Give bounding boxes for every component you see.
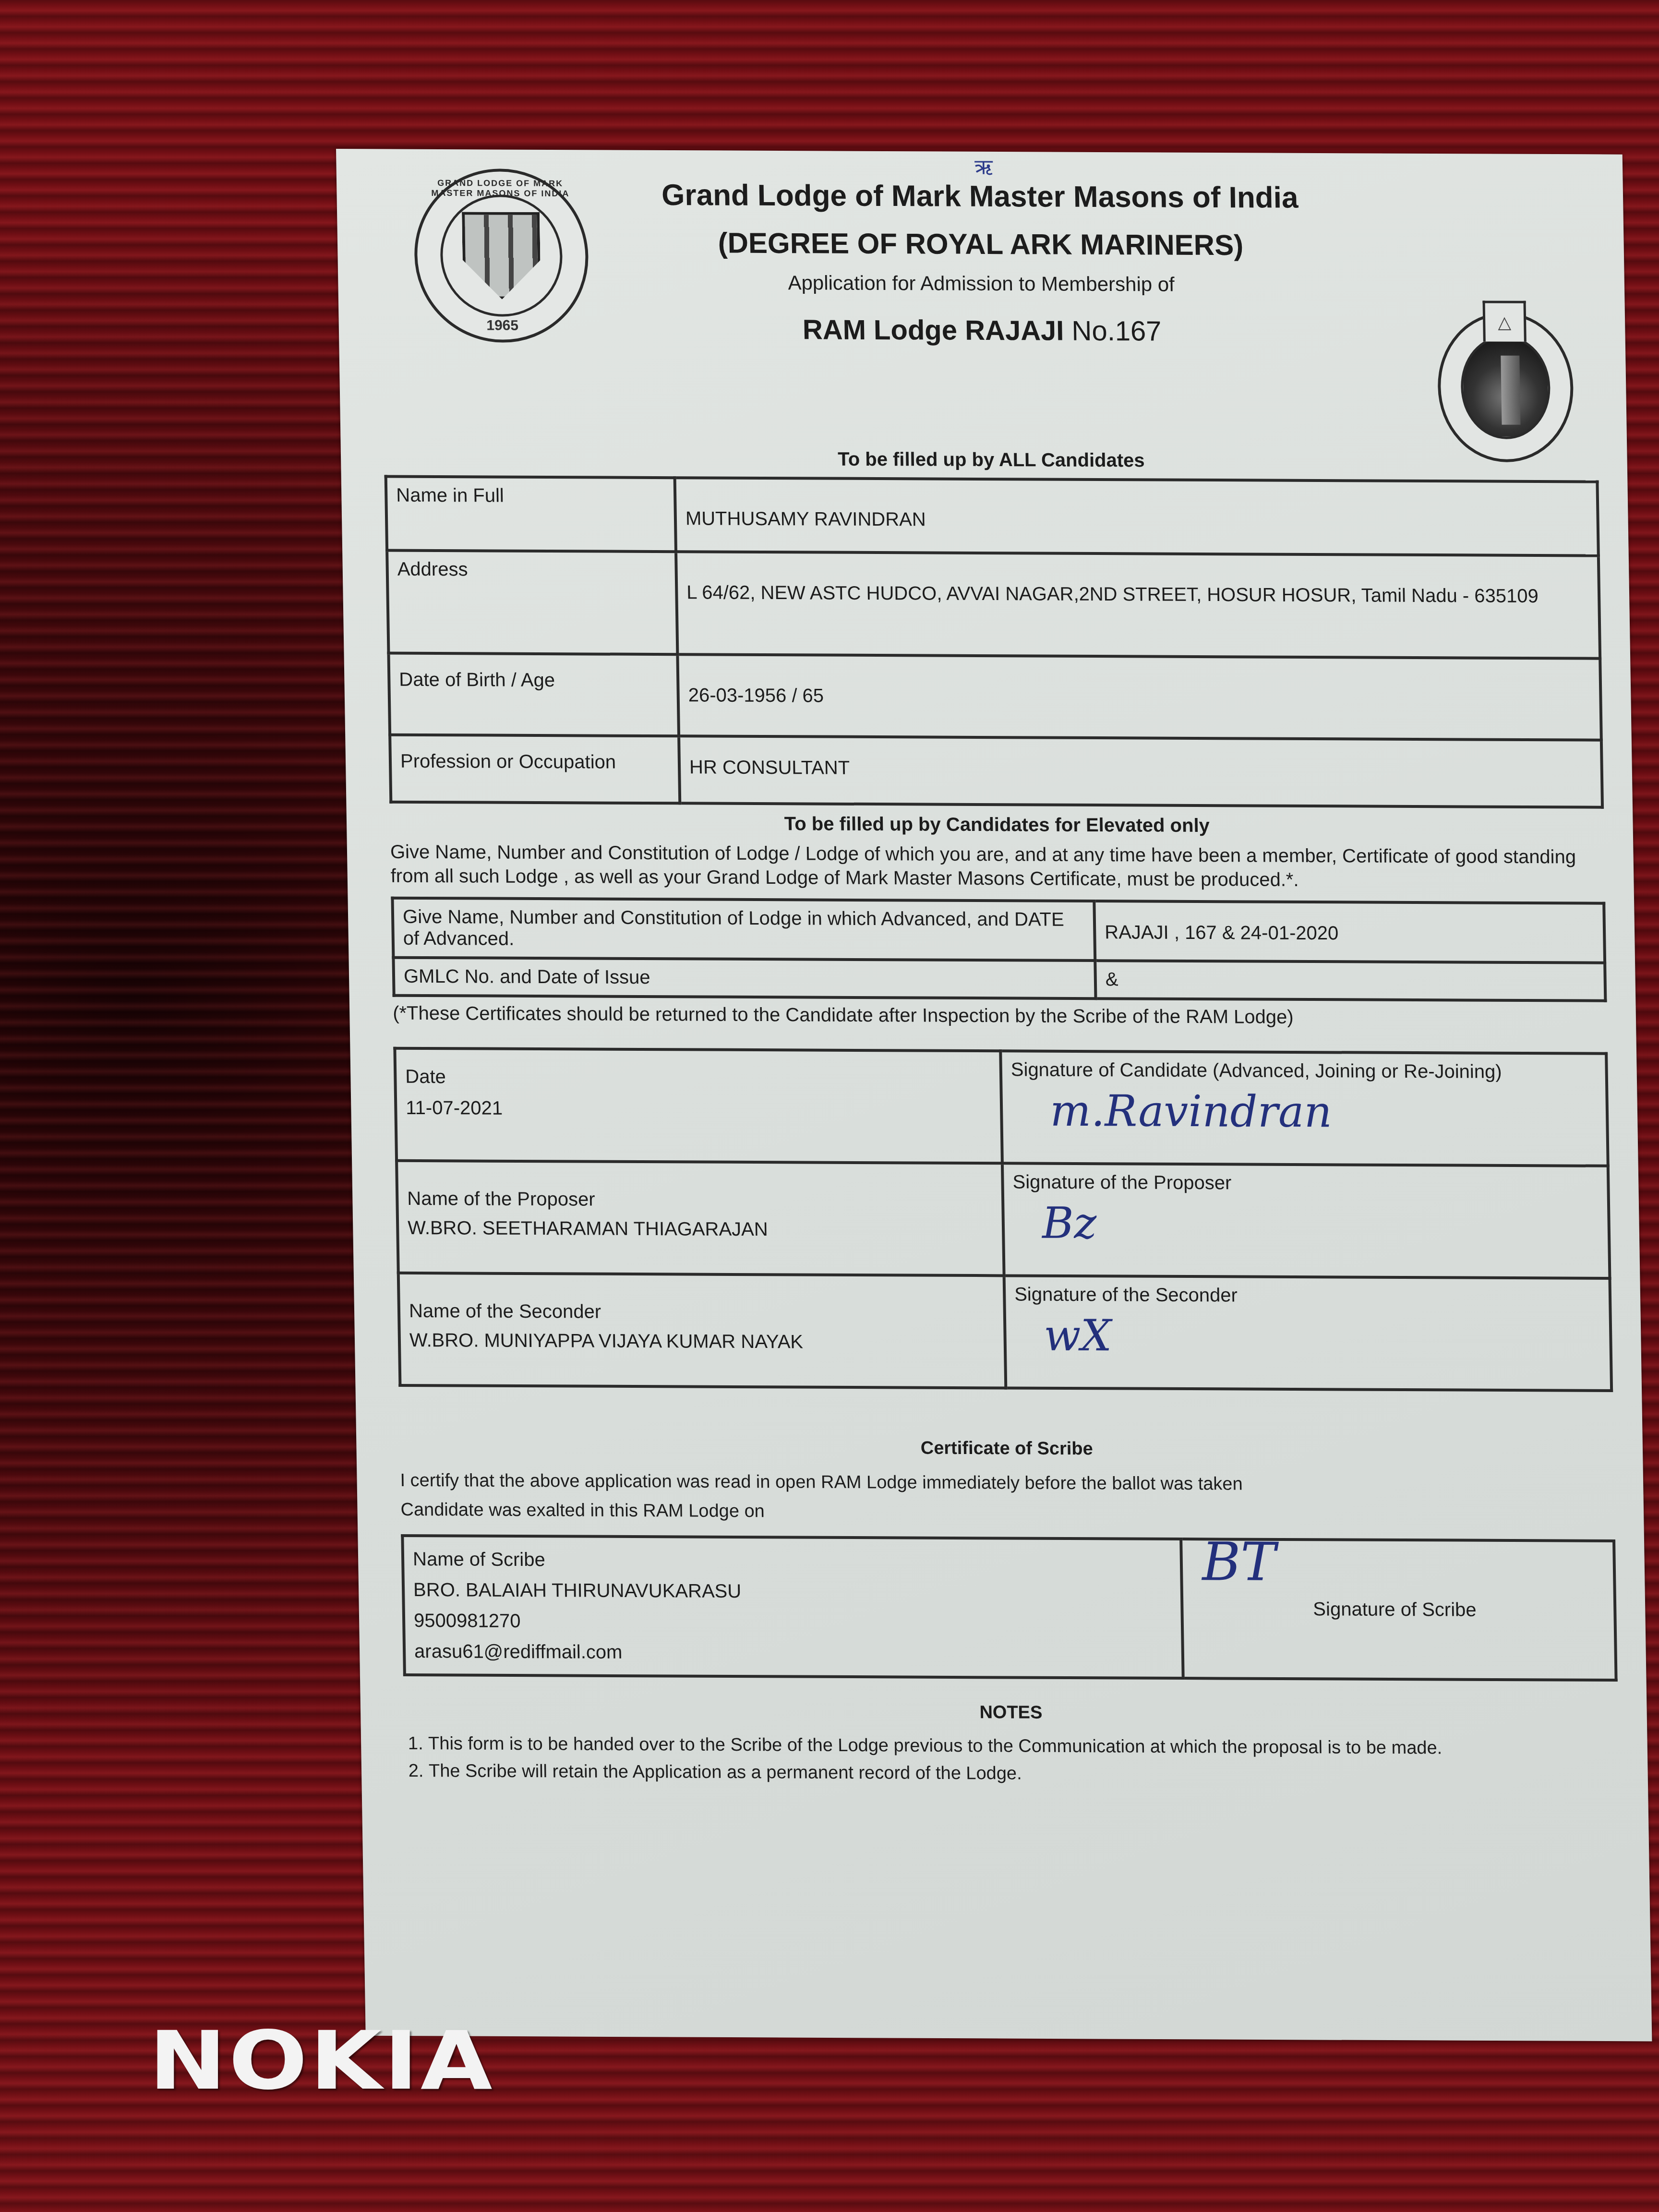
seconder-cell: Name of the Seconder W.BRO. MUNIYAPPA VI… [398,1273,1006,1388]
handwritten-mark: ऋ [974,152,993,180]
scribe-details-cell: Name of Scribe BRO. BALAIAH THIRUNAVUKAR… [402,1536,1183,1678]
scribe-row: Name of Scribe BRO. BALAIAH THIRUNAVUKAR… [402,1536,1616,1680]
seconder-name-field[interactable]: W.BRO. MUNIYAPPA VIJAYA KUMAR NAYAK [409,1330,996,1354]
lodge-title: RAM Lodge RAJAJI No.167 [338,312,1625,349]
note-item: The Scribe will retain the Application a… [429,1757,1620,1790]
candidate-signature-cell: Signature of Candidate (Advanced, Joinin… [1000,1051,1608,1166]
section-heading: To be filled up by Candidates for Elevat… [390,812,1604,839]
application-form-paper: ऋ GRAND LODGE OF MARK MASTER MASONS OF I… [336,149,1652,2041]
signature-row-candidate: Date 11-07-2021 Signature of Candidate (… [395,1048,1608,1166]
scribe-signature[interactable]: BT [1202,1531,1276,1593]
scribe-name-field[interactable]: BRO. BALAIAH THIRUNAVUKARASU [413,1575,1172,1609]
proposer-cell: Name of the Proposer W.BRO. SEETHARAMAN … [397,1161,1004,1276]
nokia-watermark-logo: NOKIA [149,2014,494,2108]
section-heading: Certificate of Scribe [399,1436,1614,1462]
scribe-signature-cell: BT Signature of Scribe [1181,1539,1616,1680]
lodge-name: RAM Lodge RAJAJI [802,314,1064,346]
signature-section: Date 11-07-2021 Signature of Candidate (… [393,1047,1613,1392]
advanced-lodge-field[interactable]: RAJAJI , 167 & 24-01-2020 [1094,901,1605,963]
form-subtitle: Application for Admission to Membership … [338,269,1624,298]
scribe-phone-field[interactable]: 9500981270 [414,1605,1173,1639]
field-label: GMLC No. and Date of Issue [393,958,1095,998]
form-row-address: Address L 64/62, NEW ASTC HUDCO, AVVAI N… [387,551,1600,659]
field-label: Name of the Proposer [407,1188,993,1212]
dob-age-field[interactable]: 26-03-1956 / 65 [677,654,1601,740]
occupation-field[interactable]: HR CONSULTANT [679,736,1602,807]
seconder-signature-cell: Signature of the Seconder wX [1004,1275,1612,1391]
form-row-name: Name in Full MUTHUSAMY RAVINDRAN [386,477,1599,556]
name-field[interactable]: MUTHUSAMY RAVINDRAN [675,478,1599,555]
section-heading: To be filled up by ALL Candidates [384,447,1599,474]
gmlc-field[interactable]: & [1095,961,1605,1001]
address-field[interactable]: L 64/62, NEW ASTC HUDCO, AVVAI NAGAR,2ND… [676,552,1600,658]
field-label: Profession or Occupation [390,735,680,804]
field-label: Signature of the Seconder [1014,1284,1600,1308]
field-label: Date [405,1066,991,1090]
seconder-signature[interactable]: wX [1044,1310,1601,1363]
proposer-signature[interactable]: Bz [1042,1198,1599,1251]
section-all-candidates: To be filled up by ALL Candidates Name i… [384,447,1604,809]
form-row-dob: Date of Birth / Age 26-03-1956 / 65 [388,653,1601,740]
certificate-of-scribe: Certificate of Scribe I certify that the… [399,1436,1618,1682]
certificates-footnote: (*These Certificates should be returned … [393,1003,1607,1030]
field-label: Date of Birth / Age [388,653,679,736]
section-instructions: Give Name, Number and Constitution of Lo… [390,840,1605,893]
field-label: Name of Scribe [413,1544,1172,1578]
tower-icon [1501,356,1520,425]
degree-title: (DEGREE OF ROYAL ARK MARINERS) [337,225,1624,264]
form-header: Grand Lodge of Mark Master Masons of Ind… [337,178,1625,349]
form-row-gmlc: GMLC No. and Date of Issue & [393,958,1605,1001]
exaltation-statement: Candidate was exalted in this RAM Lodge … [400,1495,1615,1530]
field-label: Signature of the Proposer [1012,1171,1599,1195]
field-label: Address [387,551,677,655]
scribe-email-field[interactable]: arasu61@rediffmail.com [414,1636,1173,1670]
notes-heading: NOTES [404,1700,1618,1726]
form-row-advanced-lodge: Give Name, Number and Constitution of Lo… [392,898,1605,963]
field-label: Signature of Candidate (Advanced, Joinin… [1011,1059,1597,1083]
proposer-signature-cell: Signature of the Proposer Bz [1002,1163,1610,1278]
proposer-name-field[interactable]: W.BRO. SEETHARAMAN THIAGARAJAN [408,1217,994,1241]
section-elevated-candidates: To be filled up by Candidates for Elevat… [390,812,1608,1030]
certification-statement: I certify that the above application was… [400,1466,1615,1501]
field-label: Name in Full [386,477,676,552]
signature-row-proposer: Name of the Proposer W.BRO. SEETHARAMAN … [397,1161,1610,1278]
date-field[interactable]: 11-07-2021 [406,1097,992,1121]
field-label: Name of the Seconder [409,1300,995,1324]
field-label: Signature of Scribe [1313,1599,1477,1621]
form-row-occupation: Profession or Occupation HR CONSULTANT [390,735,1602,807]
org-title: Grand Lodge of Mark Master Masons of Ind… [337,178,1623,216]
lodge-number: No.167 [1071,315,1162,347]
date-cell: Date 11-07-2021 [395,1048,1002,1164]
signature-row-seconder: Name of the Seconder W.BRO. MUNIYAPPA VI… [398,1273,1611,1391]
candidate-signature[interactable]: m.Ravindran [1049,1086,1598,1139]
field-label: Give Name, Number and Constitution of Lo… [392,898,1095,961]
notes-section: NOTES This form is to be handed over to … [404,1700,1619,1790]
